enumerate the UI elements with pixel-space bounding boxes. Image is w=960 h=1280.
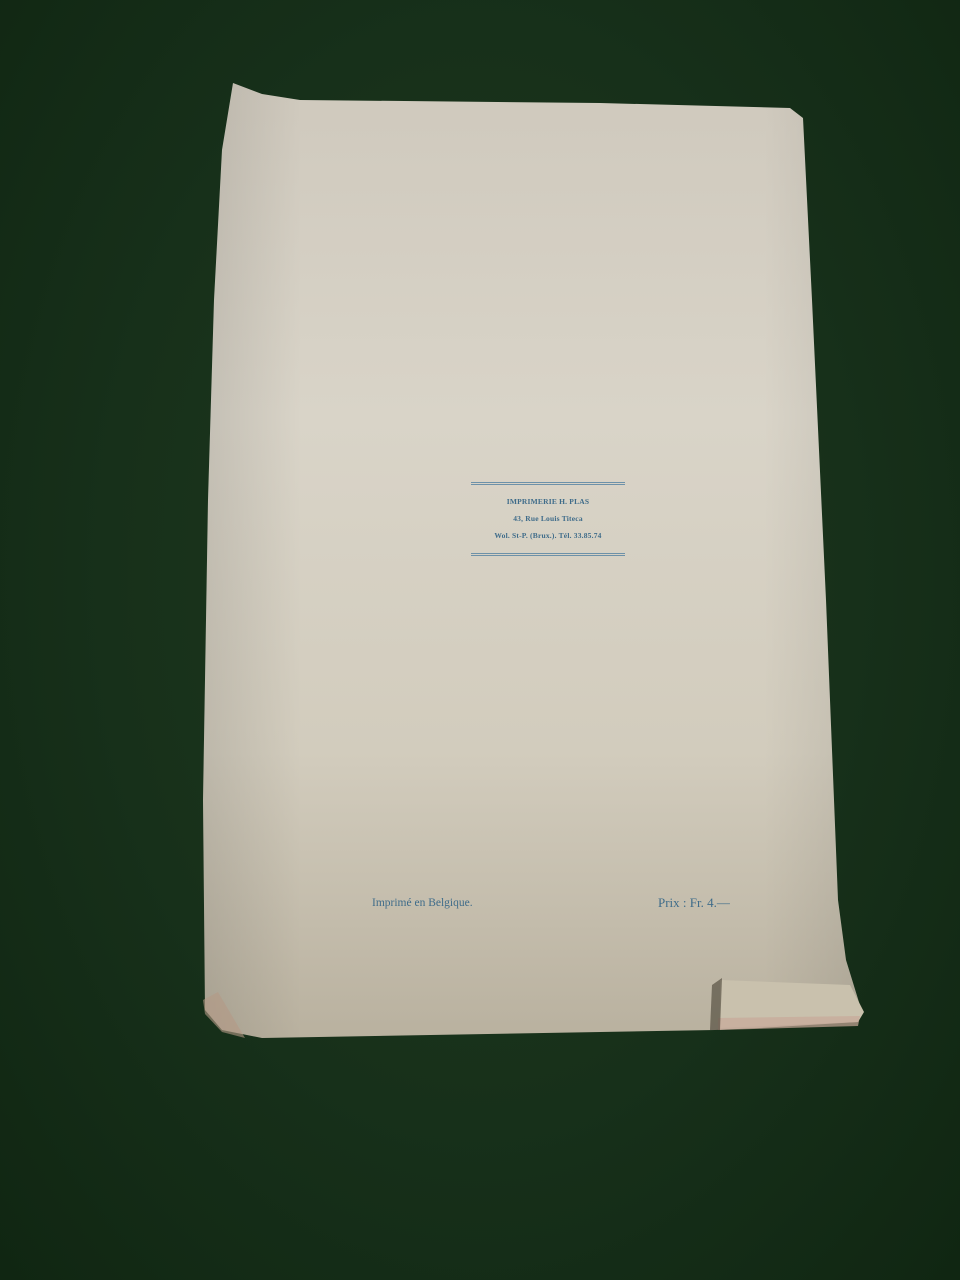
paper-sheet [0,0,960,1280]
printed-in-note: Imprimé en Belgique. [372,897,473,909]
booklet-back-cover: IMPRIMERIE H. PLAS 43, Rue Louis Titeca … [0,0,960,1280]
price-label: Prix : Fr. 4.— [658,895,730,911]
imprint-bottom-rule [471,553,625,556]
printer-address: 43, Rue Louis Titeca [470,510,626,527]
imprint-top-rule [471,482,625,485]
printer-imprint: IMPRIMERIE H. PLAS 43, Rue Louis Titeca … [470,482,626,556]
printer-name: IMPRIMERIE H. PLAS [470,493,626,510]
printer-location-phone: Wol. St-P. (Brux.). Tél. 33.85.74 [470,527,626,544]
